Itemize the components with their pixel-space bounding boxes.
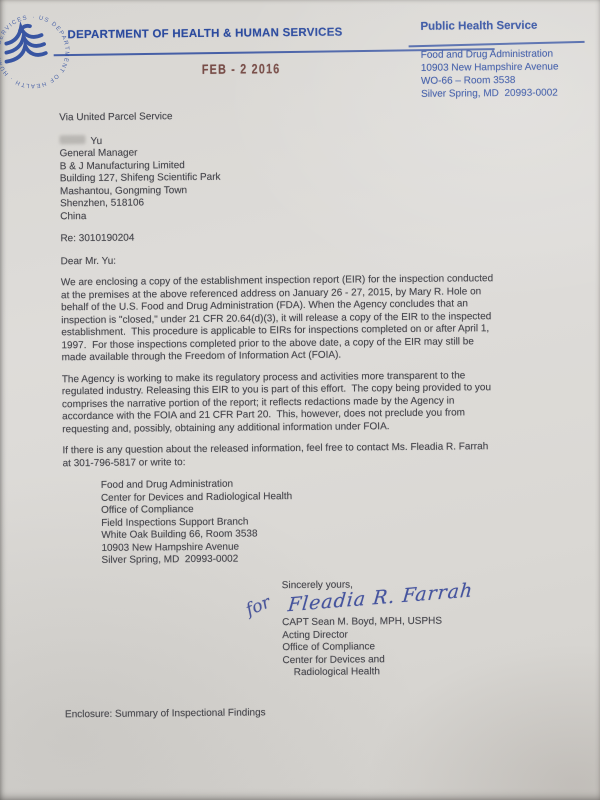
reference-number-line: Re: 3010190204: [60, 228, 580, 245]
recipient-last-name: Yu: [90, 135, 102, 146]
public-health-service-title: Public Health Service: [420, 20, 537, 33]
department-title: DEPARTMENT OF HEALTH & HUMAN SERVICES: [67, 26, 447, 42]
received-date-stamp: FEB - 2 2016: [202, 61, 281, 77]
hhs-eagle-seal-icon: · US DEPARTMENT OF HEALTH · HUMAN SERVIC…: [0, 10, 74, 93]
agency-address: Food and Drug Administration 10903 New H…: [421, 48, 559, 101]
handwritten-signature: Fleadia R. Farrah: [287, 570, 584, 618]
letter-content: · US DEPARTMENT OF HEALTH · HUMAN SERVIC…: [0, 0, 600, 800]
letterhead-rule-right: [409, 41, 585, 47]
letter-body: Via United Parcel Service Yu General Man…: [59, 107, 585, 721]
fda-contact-address-block: Food and Drug Administration Center for …: [101, 475, 584, 567]
redacted-first-name: [59, 135, 85, 144]
closing-block: Sincerely yours, Fleadia R. Farrah for C…: [282, 577, 585, 680]
paragraph-transparency: The Agency is working to make its regula…: [62, 369, 583, 436]
enclosure-line: Enclosure: Summary of Inspectional Findi…: [65, 704, 585, 721]
letter-page: · US DEPARTMENT OF HEALTH · HUMAN SERVIC…: [0, 0, 600, 800]
salutation: Dear Mr. Yu:: [61, 251, 581, 268]
signer-title-block: CAPT Sean M. Boyd, MPH, USPHS Acting Dir…: [282, 614, 585, 679]
svg-text:· US DEPARTMENT OF HEALTH · HU: · US DEPARTMENT OF HEALTH · HUMAN SERVIC…: [0, 10, 70, 89]
paragraph-contact: If there is any question about the relea…: [62, 440, 582, 470]
paragraph-eir-release: We are enclosing a copy of the establish…: [61, 272, 582, 364]
handwritten-for-note: for: [245, 596, 273, 617]
delivery-method-line: Via United Parcel Service: [59, 107, 579, 124]
recipient-address-block: Yu General Manager B & J Manufacturing L…: [59, 130, 580, 223]
